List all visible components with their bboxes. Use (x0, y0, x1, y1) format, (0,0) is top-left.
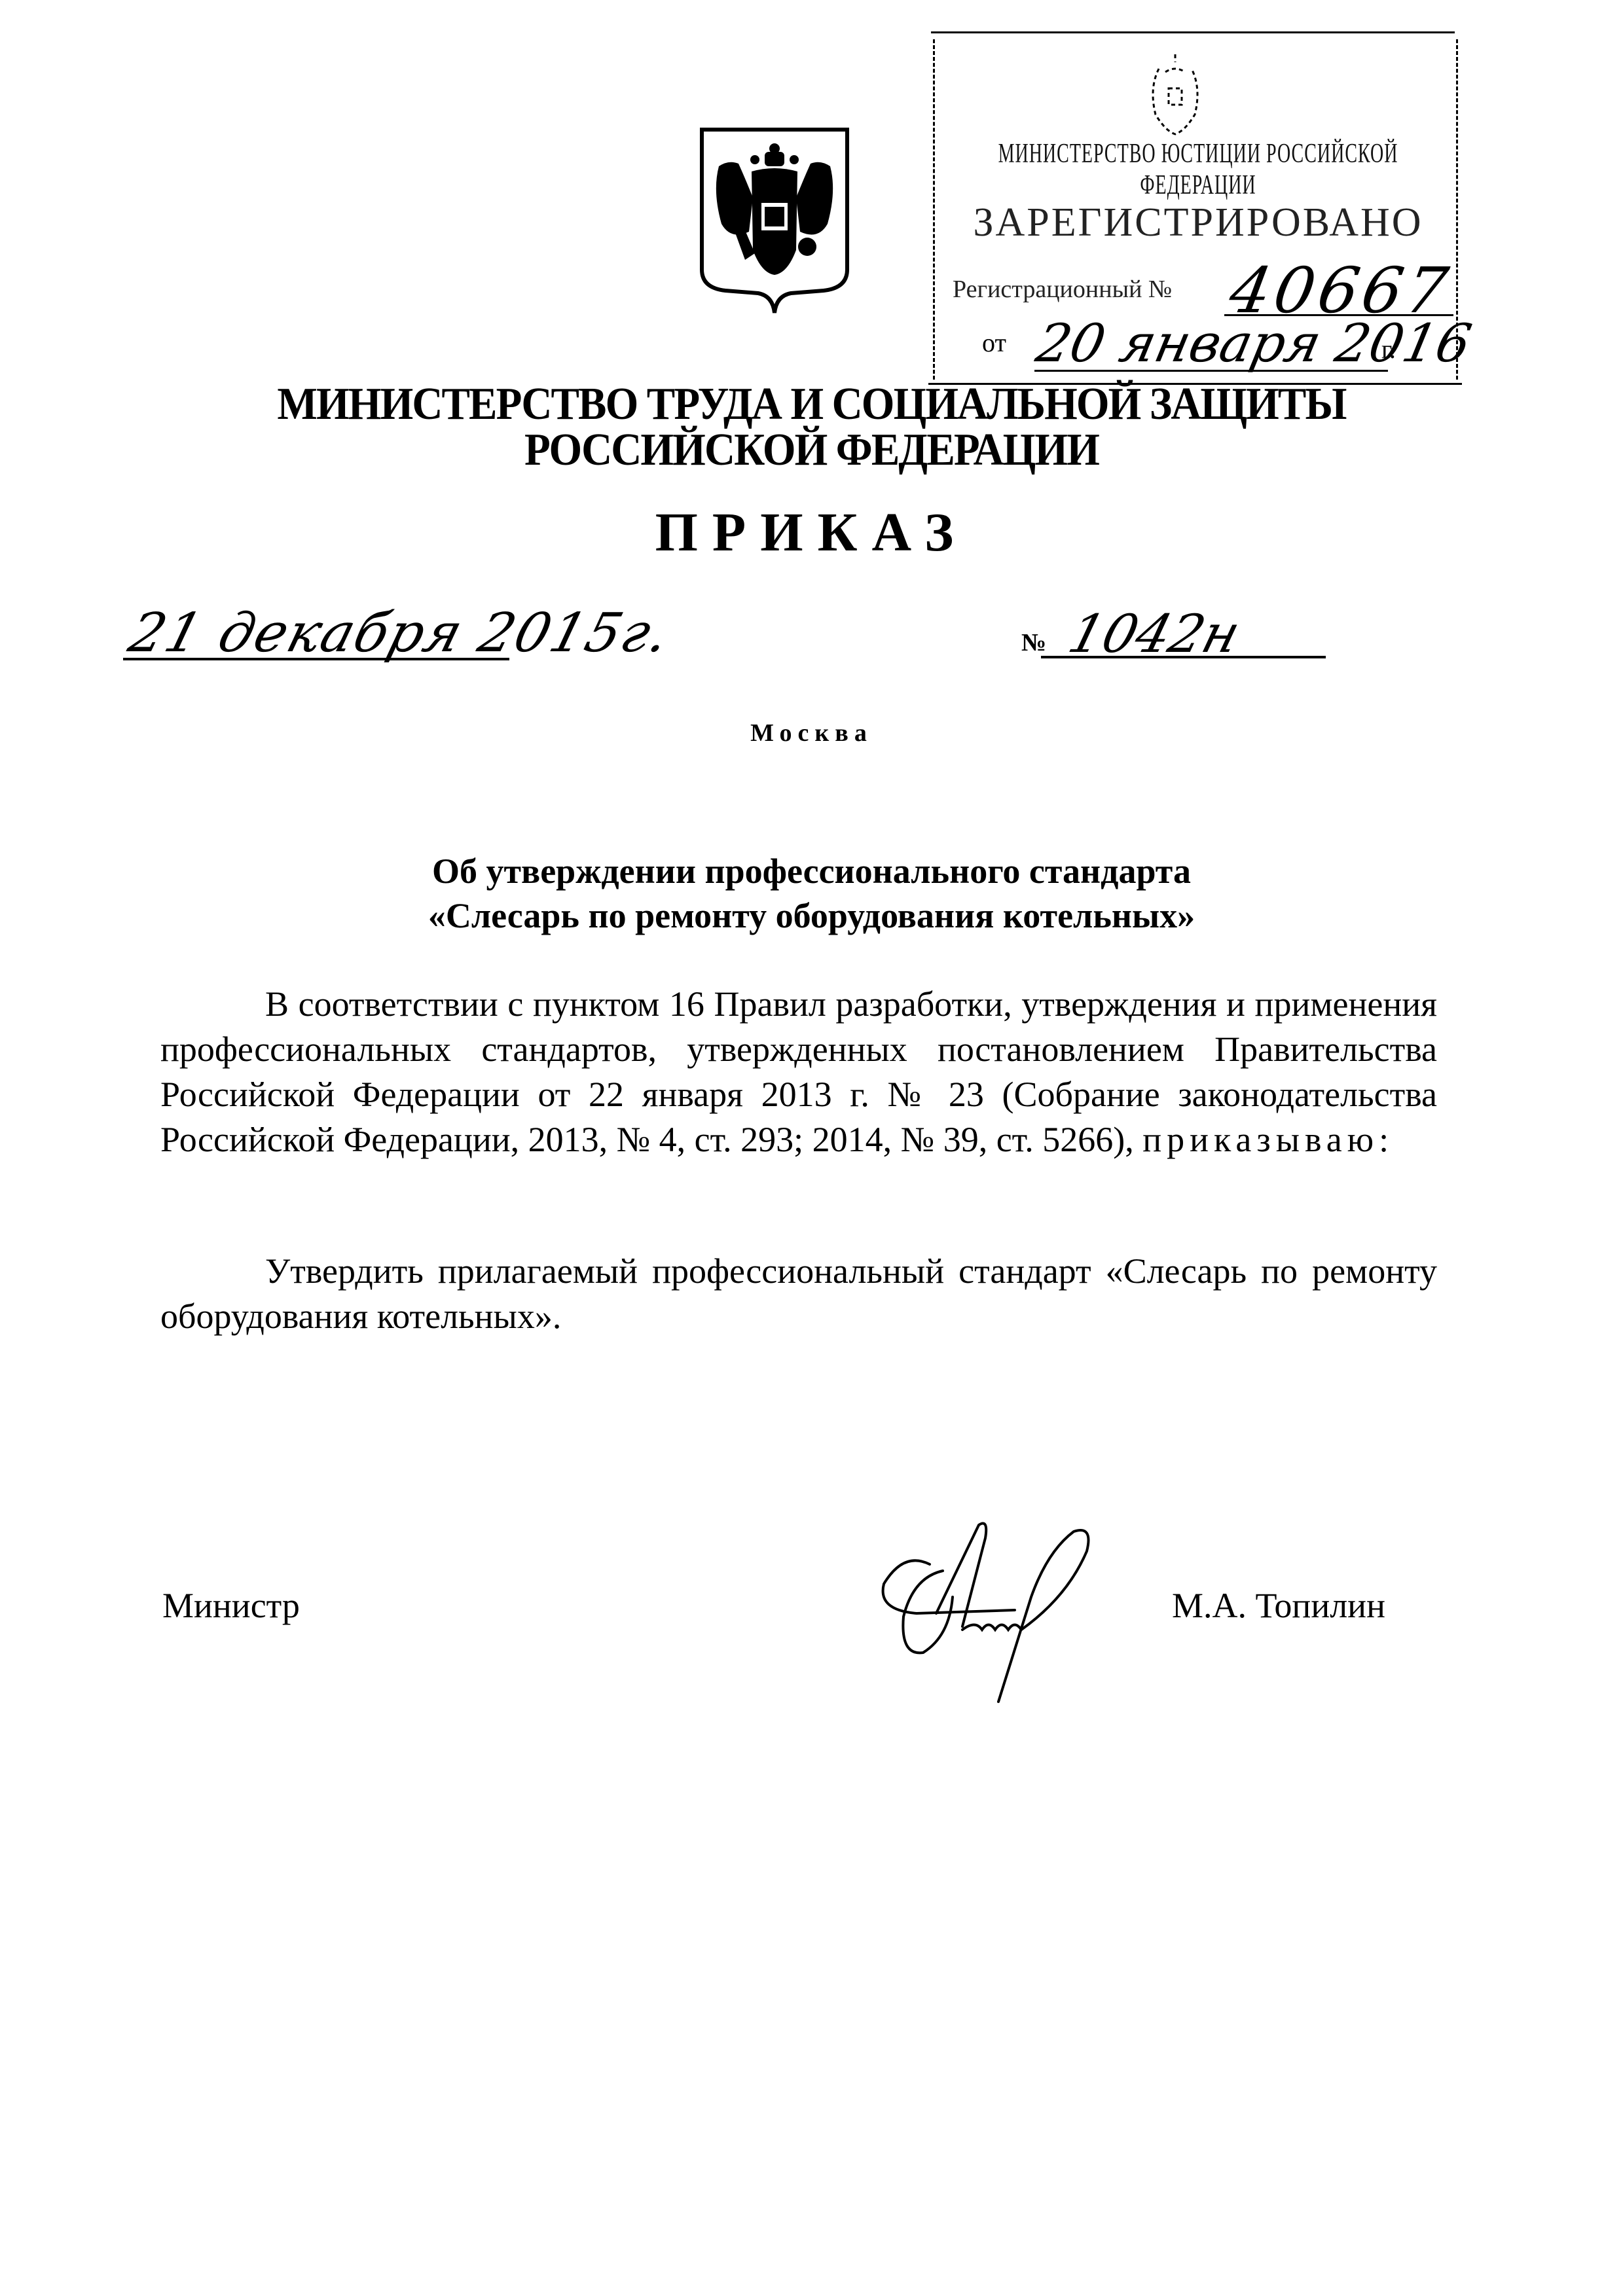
city-label: Москва (0, 719, 1623, 747)
signature-icon (864, 1512, 1178, 1708)
subject-line2: «Слесарь по ремонту оборудования котельн… (0, 895, 1623, 936)
order-number-underline (1041, 656, 1326, 658)
stamp-reg-number-label: Регистрационный № (953, 275, 1172, 304)
ministry-name-line1: МИНИСТЕРСТВО ТРУДА И СОЦИАЛЬНОЙ ЗАЩИТЫ (57, 378, 1566, 431)
stamp-ministry-label: МИНИСТЕРСТВО ЮСТИЦИИ РОССИЙСКОЙ ФЕДЕРАЦИ… (943, 139, 1453, 202)
paragraph-basis: В соответствии с пунктом 16 Правил разра… (160, 982, 1437, 1162)
paragraph-basis-order-word: приказываю: (1142, 1120, 1394, 1159)
stamp-date-underline (1034, 370, 1388, 372)
ministry-name-line2: РОССИЙСКОЙ ФЕДЕРАЦИИ (57, 424, 1566, 476)
signer-position: Министр (162, 1585, 300, 1626)
subject-line1: Об утверждении профессионального стандар… (0, 851, 1623, 891)
stamp-status-label: ЗАРЕГИСТРИРОВАНО (943, 200, 1453, 246)
stamp-border-left (933, 39, 935, 380)
stamp-emblem-icon (1139, 49, 1211, 141)
stamp-date-label: от (982, 327, 1006, 358)
coat-of-arms-icon (693, 119, 856, 315)
stamp-date-suffix: г. (1381, 334, 1396, 365)
order-date-underline (123, 658, 509, 660)
document-title: ПРИКАЗ (0, 501, 1623, 564)
stamp-date-value: 20 января 2016 (1031, 313, 1476, 374)
order-number-sign: № (1021, 628, 1046, 657)
stamp-border-top (931, 31, 1455, 33)
signer-name: М.А. Топилин (1172, 1585, 1385, 1626)
order-date: 21 декабря 2015г. (122, 602, 677, 664)
paragraph-resolution: Утвердить прилагаемый профессиональный с… (160, 1249, 1437, 1339)
